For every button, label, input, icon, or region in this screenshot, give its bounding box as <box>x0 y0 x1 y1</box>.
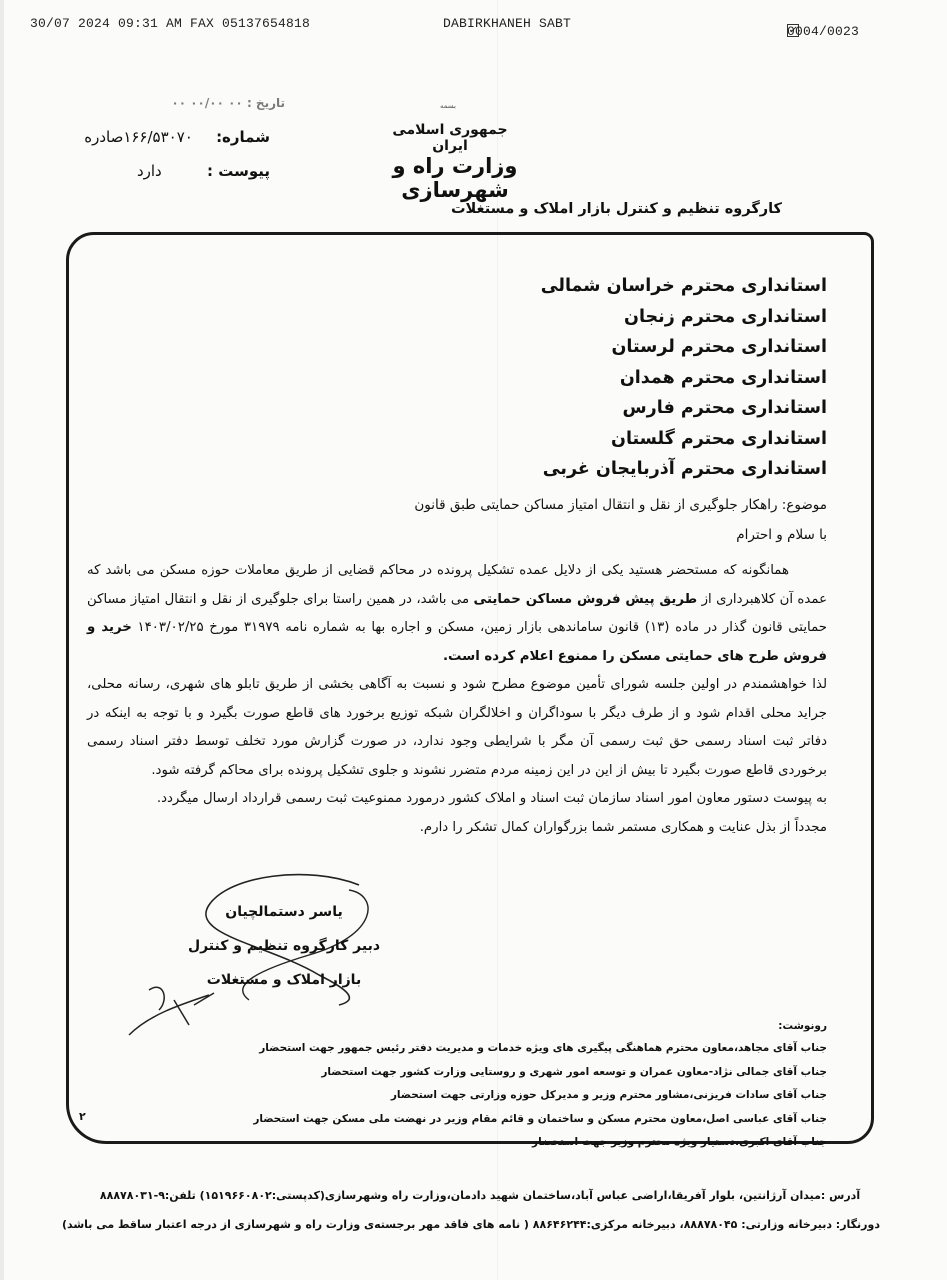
cc-title: رونوشت: <box>207 1015 827 1037</box>
number-value: ۱۶۶/۵۳۰۷۰صادره <box>84 128 193 146</box>
body-paragraph-2: لذا خواهشمندم در اولین جلسه شورای تأمین … <box>87 671 827 785</box>
date-field: تاریخ : ۰۰ ۰۰/۰۰ ۰۰ <box>95 96 285 110</box>
attachment-value: دارد <box>137 162 162 180</box>
recipient-item: استانداری محترم لرستان <box>327 332 827 363</box>
letter-frame: استانداری محترم خراسان شمالی استانداری م… <box>66 232 874 1144</box>
cc-item: جناب آقای عباسی اصل،معاون محترم مسکن و س… <box>207 1108 827 1132</box>
recipient-item: استانداری محترم خراسان شمالی <box>327 271 827 302</box>
signer-name: یاسر دستمالچیان <box>179 895 389 929</box>
signature-block: یاسر دستمالچیان دبیر کارگروه تنظیم و کنت… <box>179 895 389 997</box>
emphasis-presale: طریق پیش فروش مساکن حمایتی <box>474 592 698 607</box>
fax-page-number: 0004/0023 <box>787 24 859 39</box>
republic-title: جمهوری اسلامی ایران <box>380 122 520 154</box>
recipient-item: استانداری محترم فارس <box>327 393 827 424</box>
number-label: شماره: <box>216 128 270 146</box>
attachment-field: پیوست : دارد <box>60 162 270 180</box>
cc-item: جناب آقای مجاهد،معاون محترم هماهنگی پیگی… <box>207 1037 827 1061</box>
letter-body: همانگونه که مستحضر هستید یکی از دلایل عم… <box>87 557 827 842</box>
recipient-list: استانداری محترم خراسان شمالی استانداری م… <box>327 271 827 485</box>
signer-title-2: بازار املاک و مستغلات <box>179 963 389 997</box>
recipient-item: استانداری محترم گلستان <box>327 424 827 455</box>
footer-address: آدرس :میدان آرژانتین، بلوار آفریقا،اراضی… <box>80 1189 880 1202</box>
attachment-label: پیوست : <box>207 162 270 180</box>
body-paragraph-1: همانگونه که مستحضر هستید یکی از دلایل عم… <box>87 557 827 671</box>
workgroup-title: کارگروه تنظیم و کنترل بازار املاک و مستغ… <box>451 201 782 217</box>
body-paragraph-4: مجدداً از بذل عنایت و همکاری مستمر شما ب… <box>87 814 827 843</box>
recipient-item: استانداری محترم همدان <box>327 363 827 394</box>
ministry-title: وزارت راه و شهرسازی <box>355 154 555 202</box>
footer-contacts: دورنگار: دبیرخانه وزارتی: ۸۸۸۷۸۰۴۵، دبیر… <box>80 1218 880 1231</box>
date-value: ۰۰ ۰۰/۰۰ ۰۰ <box>171 96 242 110</box>
fax-header: 30/07 2024 09:31 AM FAX 05137654818 DABI… <box>0 8 947 32</box>
subject-line: موضوع: راهکار جلوگیری از نقل و انتقال ام… <box>127 497 827 513</box>
cc-item: جناب آقای جمالی نژاد-معاون عمران و توسعه… <box>207 1061 827 1085</box>
body-paragraph-3: به پیوست دستور معاون امور اسناد سازمان ث… <box>87 785 827 814</box>
cc-item: جناب آقای سادات فریزنی،مشاور محترم وزیر … <box>207 1084 827 1108</box>
date-label: تاریخ : <box>247 96 285 110</box>
scan-edge <box>0 0 4 1280</box>
fax-sender: DABIRKHANEH SABT <box>443 16 571 31</box>
recipient-item: استانداری محترم زنجان <box>327 302 827 333</box>
number-field: شماره: ۱۶۶/۵۳۰۷۰صادره <box>60 128 270 146</box>
cc-list: رونوشت: جناب آقای مجاهد،معاون محترم هماه… <box>207 1015 827 1155</box>
greeting: با سلام و احترام <box>127 527 827 543</box>
fax-timestamp: 30/07 2024 09:31 AM FAX 05137654818 <box>30 16 310 31</box>
page-number: ۲ <box>79 1110 86 1123</box>
signer-title-1: دبیر کارگروه تنظیم و کنترل <box>179 929 389 963</box>
emblem-mark: بسمه <box>440 102 456 110</box>
recipient-item: استانداری محترم آذربایجان غربی <box>327 454 827 485</box>
cc-item: جناب آقای اکبری،دستیار ویژه محترم وزیر ج… <box>207 1131 827 1155</box>
